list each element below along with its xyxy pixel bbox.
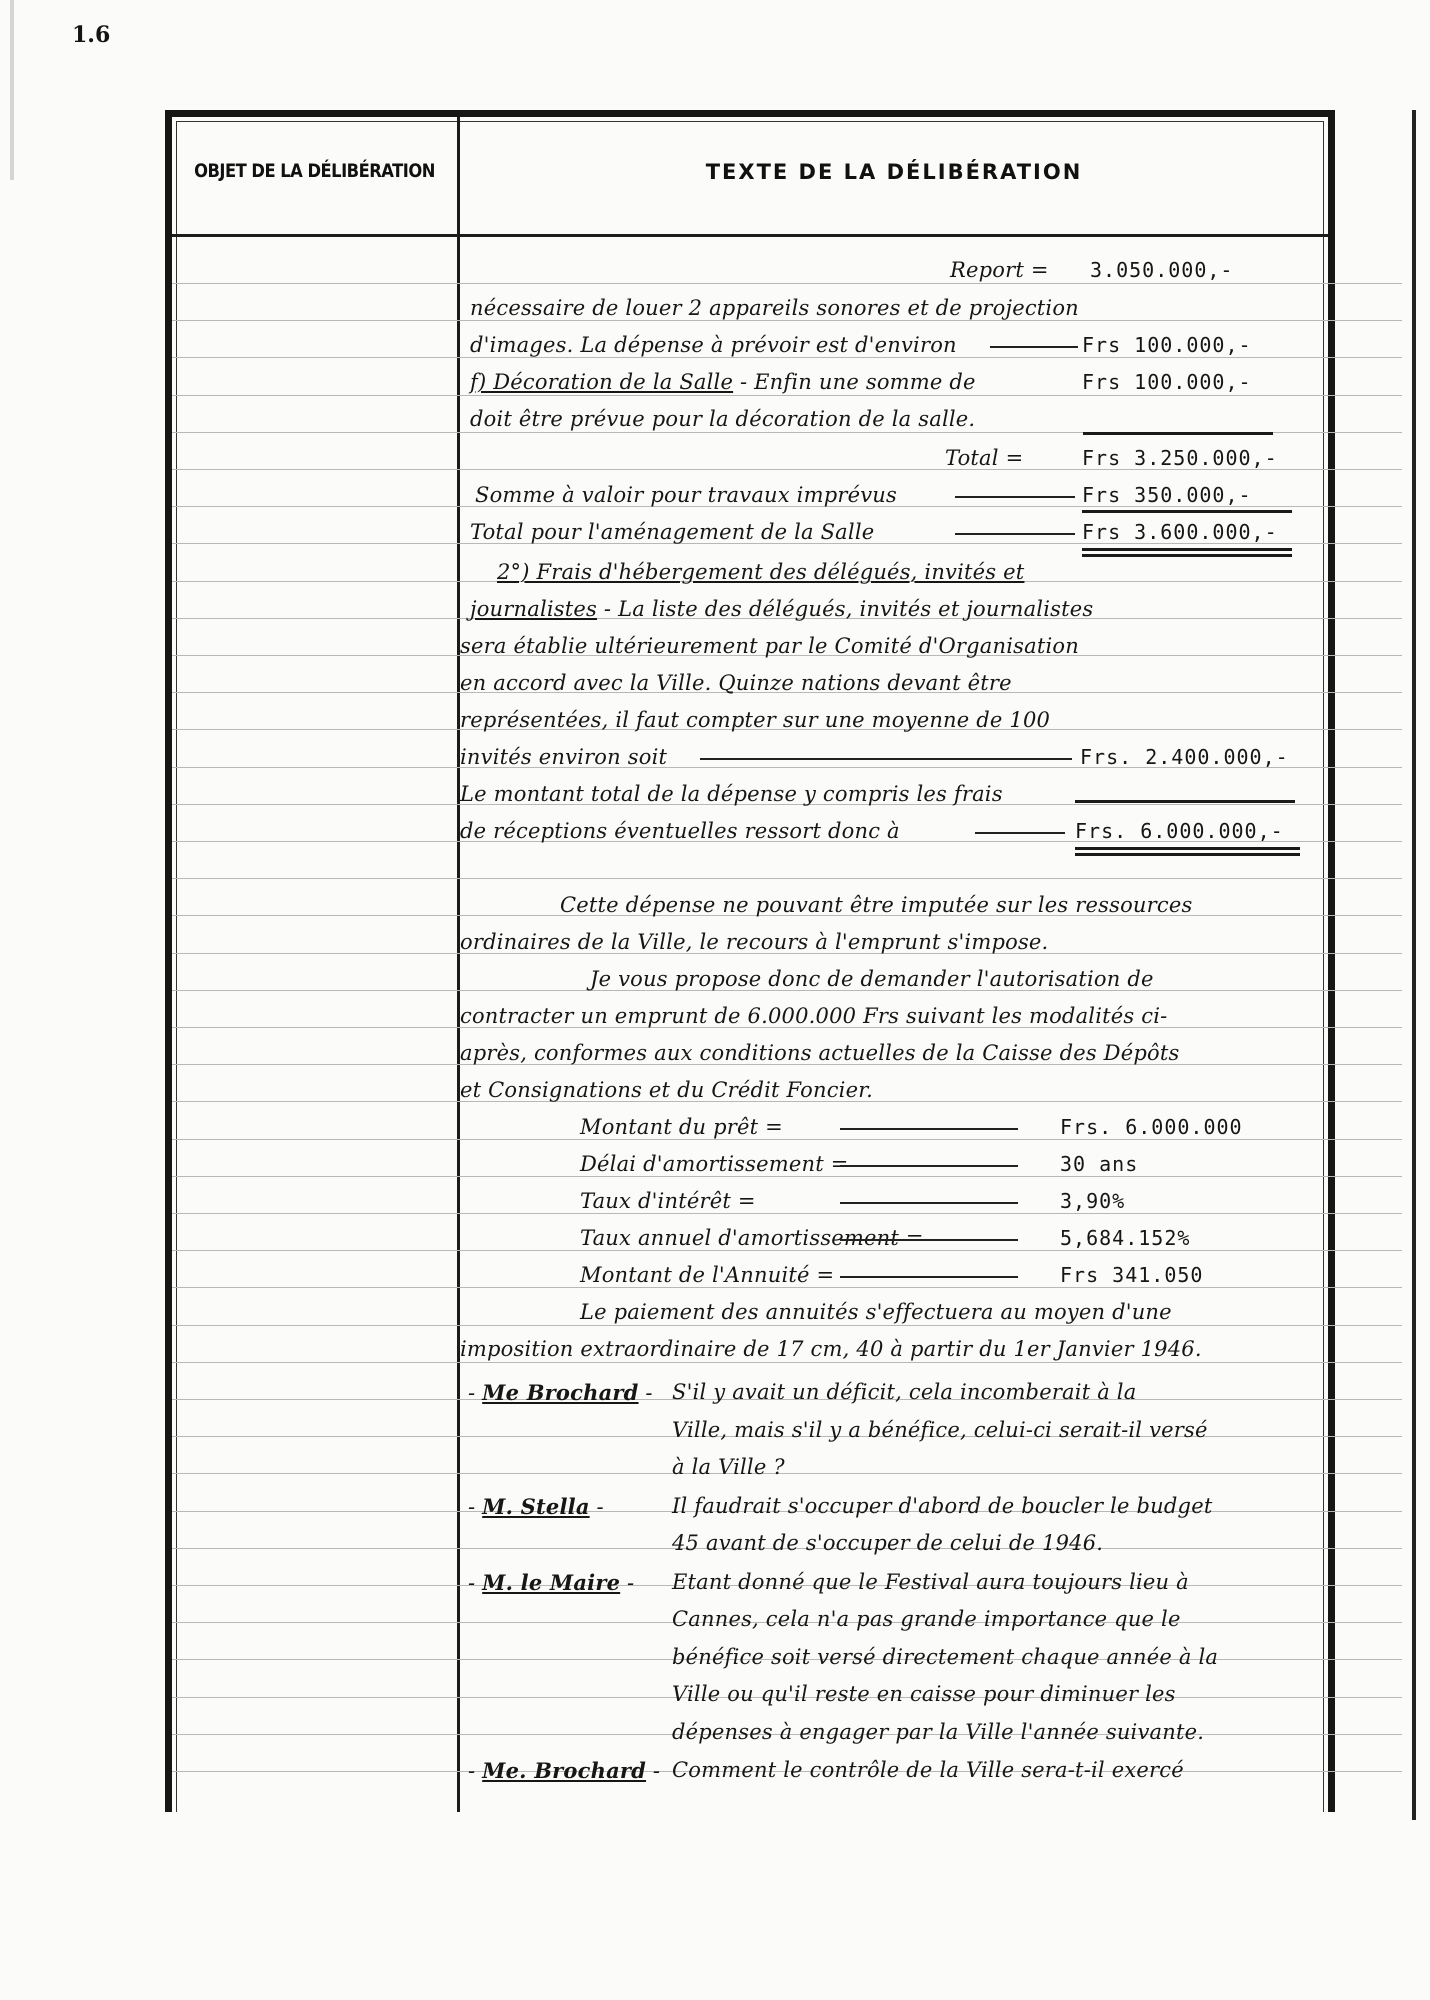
loan-term-label: Délai d'amortissement = xyxy=(580,1152,849,1176)
text-line: de réceptions éventuelles ressort donc à xyxy=(460,819,900,843)
paragraph-line: Le paiement des annuités s'effectuera au… xyxy=(580,1300,1172,1324)
amount: Frs. 2.400.000,- xyxy=(1080,745,1289,769)
total-amount: Frs 3.250.000,- xyxy=(1082,446,1278,470)
amount: Frs 100.000,- xyxy=(1082,370,1252,394)
text-line: Le montant total de la dépense y compris… xyxy=(460,782,1003,806)
paragraph-line: Je vous propose donc de demander l'autor… xyxy=(590,967,1154,991)
text-line: Total pour l'aménagement de la Salle xyxy=(470,520,874,544)
text-line: sera établie ultérieurement par le Comit… xyxy=(460,634,1079,658)
text-line: f) Décoration de la Salle - Enfin une so… xyxy=(470,370,976,394)
paragraph-line: et Consignations et du Crédit Foncier. xyxy=(460,1078,873,1102)
loan-term-value: Frs 341.050 xyxy=(1060,1263,1203,1287)
speaker-remark: 45 avant de s'occuper de celui de 1946. xyxy=(672,1531,1103,1555)
section-heading-hebergement: 2°) Frais d'hébergement des délégués, in… xyxy=(497,560,1024,584)
ruled-line xyxy=(172,1287,1402,1288)
loan-term-label: Montant de l'Annuité = xyxy=(580,1263,834,1287)
speaker-remark: Ville ou qu'il reste en caisse pour dimi… xyxy=(672,1682,1176,1706)
paragraph-line: imposition extraordinaire de 17 cm, 40 à… xyxy=(460,1337,1202,1361)
ruled-line xyxy=(172,878,1402,879)
loan-term-value: 5,684.152% xyxy=(1060,1226,1190,1250)
right-page-edge xyxy=(1412,110,1416,1820)
text-line: Somme à valoir pour travaux imprévus xyxy=(475,483,897,507)
column-header-texte: TEXTE DE LA DÉLIBÉRATION xyxy=(460,160,1328,184)
speaker-remark: dépenses à engager par la Ville l'année … xyxy=(672,1720,1204,1744)
header-divider xyxy=(172,234,1328,237)
loan-term-label: Montant du prêt = xyxy=(580,1115,783,1139)
section-heading-decoration: f) Décoration de la Salle xyxy=(470,370,733,394)
ruled-line xyxy=(172,1250,1402,1251)
double-sum-rule xyxy=(1082,548,1292,551)
paragraph-line: contracter un emprunt de 6.000.000 Frs s… xyxy=(460,1004,1167,1028)
speaker-name: - Me Brochard - xyxy=(468,1380,653,1405)
ruled-line xyxy=(172,395,1402,396)
total-label: Total = xyxy=(945,446,1023,470)
speaker-remark: Ville, mais s'il y a bénéfice, celui-ci … xyxy=(672,1418,1208,1442)
text-line: journalistes - La liste des délégués, in… xyxy=(470,597,1093,621)
sum-rule xyxy=(1075,800,1295,803)
speaker-name: - M. Stella - xyxy=(468,1494,604,1519)
ruled-line xyxy=(172,357,1402,358)
speaker-remark: Cannes, cela n'a pas grande importance q… xyxy=(672,1607,1181,1631)
loan-term-label: Taux d'intérêt = xyxy=(580,1189,756,1213)
speaker-remark: bénéfice soit versé directement chaque a… xyxy=(672,1645,1218,1669)
sum-rule xyxy=(1083,432,1273,435)
text-line: invités environ soit xyxy=(460,745,667,769)
text-line: nécessaire de louer 2 appareils sonores … xyxy=(470,296,1079,320)
ruled-line xyxy=(172,1325,1402,1326)
ruled-line xyxy=(172,1362,1402,1363)
speaker-remark: S'il y avait un déficit, cela incomberai… xyxy=(672,1380,1136,1404)
paragraph-line: après, conformes aux conditions actuelle… xyxy=(460,1041,1179,1065)
text-line: représentées, il faut compter sur une mo… xyxy=(460,708,1050,732)
page-number: 1.6 xyxy=(72,22,110,48)
text-line: en accord avec la Ville. Quinze nations … xyxy=(460,671,1012,695)
paragraph-line: ordinaires de la Ville, le recours à l'e… xyxy=(460,930,1048,954)
speaker-remark: à la Ville ? xyxy=(672,1455,785,1479)
speaker-name: - Me. Brochard - xyxy=(468,1758,660,1783)
column-header-objet: OBJET DE LA DÉLIBÉRATION xyxy=(192,160,437,182)
ruled-line xyxy=(172,1473,1402,1474)
column-divider xyxy=(457,117,460,1812)
ruled-line xyxy=(172,283,1402,284)
report-amount: 3.050.000,- xyxy=(1090,258,1233,282)
ruled-line xyxy=(172,1213,1402,1214)
deliberation-table-frame xyxy=(165,110,1335,1812)
amount: Frs 350.000,- xyxy=(1082,483,1252,507)
ruled-line xyxy=(172,320,1402,321)
paragraph-line: Cette dépense ne pouvant être imputée su… xyxy=(560,893,1192,917)
speaker-name: - M. le Maire - xyxy=(468,1570,634,1595)
amount: Frs 100.000,- xyxy=(1082,333,1252,357)
text-line: doit être prévue pour la décoration de l… xyxy=(470,407,975,431)
speaker-remark: Etant donné que le Festival aura toujour… xyxy=(672,1570,1189,1594)
speaker-remark: Il faudrait s'occuper d'abord de boucler… xyxy=(672,1494,1212,1518)
grand-total-amount: Frs. 6.000.000,- xyxy=(1075,819,1284,843)
binding-margin-mark xyxy=(10,0,14,180)
report-label: Report = xyxy=(950,258,1049,282)
loan-term-value: 3,90% xyxy=(1060,1189,1125,1213)
sum-rule xyxy=(1082,510,1292,513)
text-line: d'images. La dépense à prévoir est d'env… xyxy=(470,333,957,357)
speaker-remark: Comment le contrôle de la Ville sera-t-i… xyxy=(672,1758,1184,1782)
loan-term-value: 30 ans xyxy=(1060,1152,1138,1176)
double-sum-rule xyxy=(1075,847,1300,850)
amount: Frs 3.600.000,- xyxy=(1082,520,1278,544)
loan-term-value: Frs. 6.000.000 xyxy=(1060,1115,1243,1139)
